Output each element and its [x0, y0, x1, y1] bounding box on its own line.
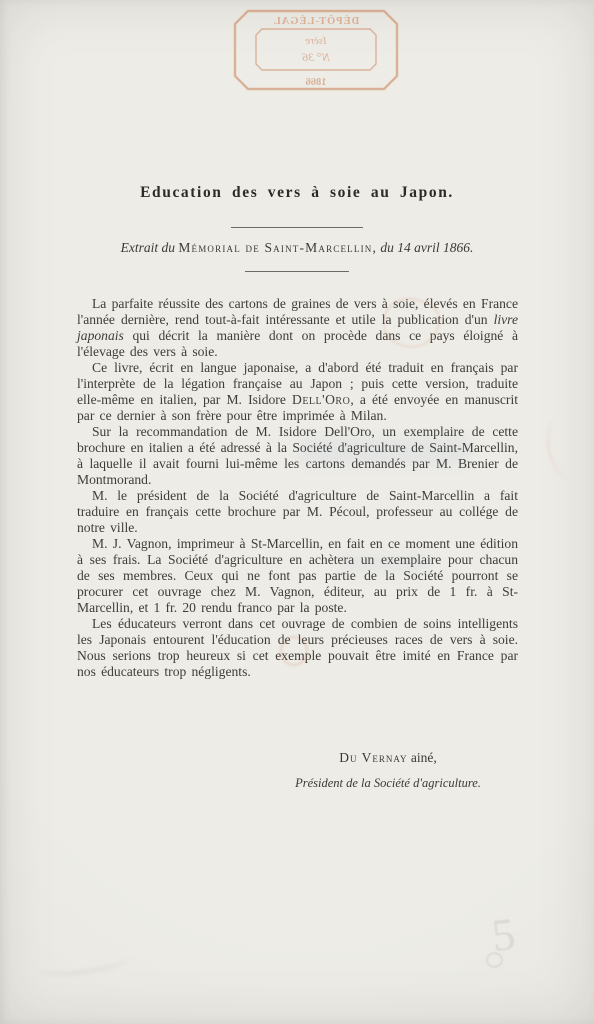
stamp-graphic: DÉPÔT-LÉGAL Isère N° 36 1866 [232, 8, 400, 92]
paragraph: M. le président de la Société d'agricult… [77, 488, 518, 536]
stamp-year-text: 1866 [306, 77, 327, 88]
paragraph: Ce livre, écrit en langue japonaise, a d… [77, 360, 518, 424]
ink-showthrough-circle [280, 636, 308, 666]
title-divider-rule [231, 227, 363, 228]
stamp-number-text: N° 36 [302, 50, 331, 64]
signature-role: Président de la Société d'agriculture. [278, 776, 498, 791]
subtitle-divider-rule [245, 271, 349, 272]
subtitle-date: du 14 avril 1866. [377, 240, 473, 255]
pencil-scribble-mark [37, 942, 132, 980]
smallcaps-name: Dell'Oro [292, 392, 350, 407]
blue-ink-showthrough [340, 555, 430, 573]
subtitle-line: Extrait du Mémorial de Saint-Marcellin, … [0, 240, 594, 256]
ink-showthrough-mark [542, 415, 586, 480]
stamp-depot-legal-text: DÉPÔT-LÉGAL [273, 14, 359, 27]
subtitle-source: Mémorial de Saint-Marcellin, [178, 240, 377, 255]
subtitle-prefix: Extrait du [121, 240, 179, 255]
pencil-dot-mark [486, 952, 503, 968]
signature-name-smallcaps: Du Vernay [339, 750, 407, 765]
scanned-document-page: DÉPÔT-LÉGAL Isère N° 36 1866 Education d… [0, 0, 594, 1024]
paragraph: La parfaite réussite des cartons de grai… [77, 296, 518, 360]
blue-ink-showthrough [300, 438, 470, 464]
paragraph-text: La parfaite réussite des cartons de grai… [77, 296, 518, 327]
stamp-region-text: Isère [305, 35, 328, 47]
signature-name: Du Vernay ainé, [278, 750, 498, 766]
signature-name-suffix: ainé, [408, 750, 437, 765]
depot-legal-stamp: DÉPÔT-LÉGAL Isère N° 36 1866 [232, 8, 400, 92]
page-title: Education des vers à soie au Japon. [0, 184, 594, 202]
paragraph: M. J. Vagnon, imprimeur à St-Marcellin, … [77, 536, 518, 616]
signature-block: Du Vernay ainé, Président de la Société … [278, 750, 498, 791]
body-text: La parfaite réussite des cartons de grai… [77, 296, 518, 680]
paragraph-text: qui décrit la manière dont on procède da… [77, 328, 518, 359]
